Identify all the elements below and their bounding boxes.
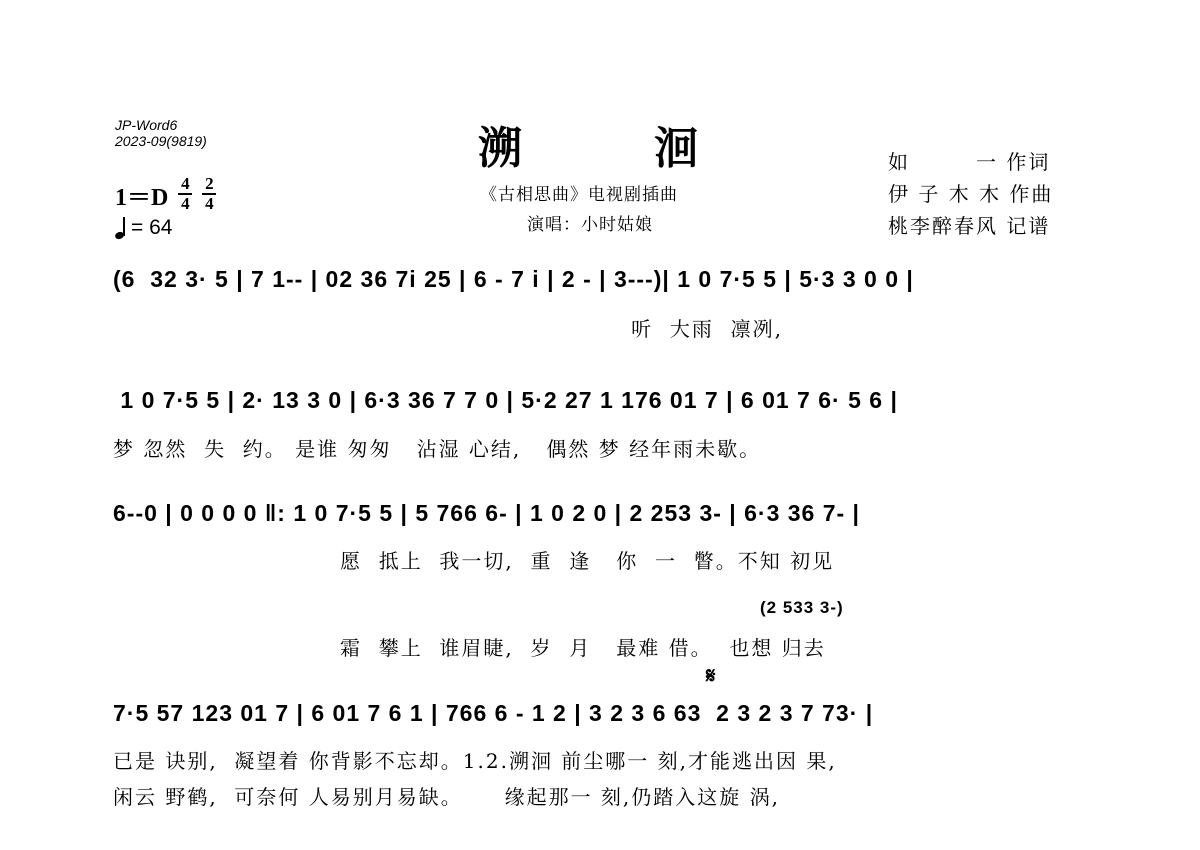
lyrics-line-4a: 已是 诀别, 凝望着 你背影不忘却。1.2.溯洄 前尘哪一 刻,才能逃出因 果, [113, 745, 837, 774]
time-num: 4 [181, 176, 190, 192]
time-signature-4-4: 4 4 [178, 176, 192, 212]
time-num: 2 [205, 176, 214, 192]
lyrics-line-3b: 霜 攀上 谁眉睫, 岁 月 最难 借。 也想 归去 [340, 632, 826, 661]
lyricist-credit: 如 一 作词 [888, 146, 1053, 175]
time-signature-2-4: 2 4 [202, 176, 216, 212]
notation-line-1: (6 32 3· 5 | 7 1-- | 02 36 7i 25 | 6 - 7… [113, 266, 1093, 293]
lyrics-line-4b: 闲云 野鹤, 可奈何 人易别月易缺。 缘起那一 刻,仍踏入这旋 涡, [113, 781, 780, 810]
software-label: JP-Word6 2023-09(9819) [115, 117, 207, 149]
lyrics-line-1: 听 大雨 凛冽, [113, 313, 783, 342]
software-version: 2023-09(9819) [115, 133, 207, 149]
transcriber-credit: 桃李醉春风 记谱 [888, 210, 1053, 239]
notation-line-3: 6--0 | 0 0 0 0 ‖: 1 0 7·5 5 | 5 766 6- |… [113, 500, 1093, 527]
tempo-value: = 64 [131, 216, 172, 240]
time-den: 4 [205, 196, 214, 212]
song-title: 溯 洄 [478, 112, 698, 176]
software-name: JP-Word6 [115, 117, 207, 133]
song-subtitle: 《古相思曲》电视剧插曲 [480, 180, 678, 205]
tempo-marking: = 64 [115, 216, 172, 240]
interlude-notation: (2 533 3-) [760, 598, 844, 618]
singer-credit: 演唱：小时姑娘 [527, 210, 653, 235]
notation-line-4: 7·5 57 123 01 7 | 6 01 7 6 1 | 766 6 - 1… [113, 700, 1093, 727]
notation-line-2: 1 0 7·5 5 | 2· 13 3 0 | 6·3 36 7 7 0 | 5… [113, 387, 1093, 414]
quarter-note-icon [115, 217, 127, 239]
time-den: 4 [181, 196, 190, 212]
composer-credit: 伊 子 木 木 作曲 [888, 178, 1053, 207]
credits-block: 如 一 作词 伊 子 木 木 作曲 桃李醉春风 记谱 [888, 146, 1053, 239]
lyrics-line-3a: 愿 抵上 我一切, 重 逢 你 一 瞥。不知 初见 [340, 545, 834, 574]
key-signature: 1＝D 4 4 2 4 [115, 176, 216, 212]
key-label: 1＝D [115, 177, 168, 212]
segno-icon: 𝄋 [706, 663, 715, 689]
lyrics-line-2: 梦 忽然 失 约。 是谁 匆匆 沾湿 心结, 偶然 梦 经年雨未歇。 [113, 433, 761, 462]
